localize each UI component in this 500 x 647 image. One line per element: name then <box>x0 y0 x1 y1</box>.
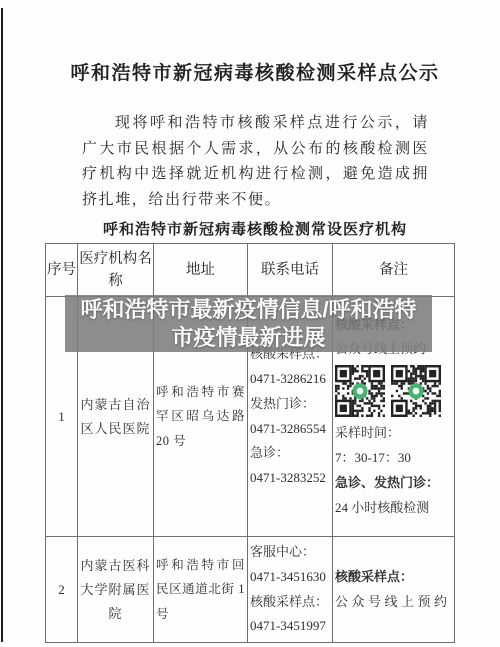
phone-label: 急诊： <box>250 441 330 466</box>
remark-sample-point-label: 核酸采样点： <box>335 565 452 590</box>
watermark-banner: 呼和浩特市最新疫情信息/呼和浩特 市疫情最新进展 <box>65 295 432 352</box>
cell-institution-name: 内蒙古医科大学附属医院 <box>78 537 154 643</box>
col-header-remarks: 备注 <box>333 244 455 297</box>
qr-code-group <box>335 365 452 417</box>
phone-number: 0471-3283252 <box>250 466 330 491</box>
remark-emergency-label: 急诊、发热门诊： <box>335 471 452 496</box>
watermark-line-2: 市疫情最新进展 <box>65 324 432 352</box>
scanned-notice-page: 呼和浩特市新冠病毒核酸检测采样点公示 现将呼和浩特市核酸采样点进行公示，请广大市… <box>0 0 500 647</box>
watermark-line-1: 呼和浩特市最新疫情信息/呼和浩特 <box>65 296 432 324</box>
cell-phones: 客服中心： 0471-3451630 核酸采样点： 0471-3451997 <box>248 537 333 643</box>
col-header-address: 地址 <box>154 244 248 297</box>
page-left-border-line <box>1 8 3 642</box>
remark-sampling-time-value: 7：30-17：30 <box>335 446 452 471</box>
intro-paragraph: 现将呼和浩特市核酸采样点进行公示，请广大市民根据个人需求，从公布的核酸检测医疗机… <box>82 111 429 213</box>
phone-number: 0471-3451630 <box>250 565 330 590</box>
cell-address: 呼和浩特市回民区通道北街 1 号 <box>154 537 248 643</box>
remark-sampling-time-label: 采样时间： <box>335 421 452 446</box>
page-title: 呼和浩特市新冠病毒核酸检测采样点公示 <box>20 58 490 85</box>
phone-number: 0471-3286554 <box>250 417 330 442</box>
table-caption: 呼和浩特市新冠病毒核酸检测常设医疗机构 <box>20 218 490 239</box>
table-header-row: 序号 医疗机构名称 地址 联系电话 备注 <box>46 244 455 297</box>
col-header-serial: 序号 <box>46 244 78 297</box>
remark-emergency-value: 24 小时核酸检测 <box>335 496 452 521</box>
hospital-row-2: 2 内蒙古医科大学附属医院 呼和浩特市回民区通道北街 1 号 客服中心： 047… <box>46 537 455 643</box>
phone-label: 核酸采样点： <box>250 590 330 615</box>
remark-booking: 公众号线上预约 <box>335 590 452 615</box>
phone-label: 客服中心： <box>250 540 330 565</box>
appointment-qr-code-1 <box>335 365 385 417</box>
col-header-phone: 联系电话 <box>248 244 333 297</box>
col-header-institution: 医疗机构名称 <box>78 244 154 297</box>
phone-label: 发热门诊： <box>250 392 330 417</box>
cell-serial: 2 <box>46 537 78 643</box>
phone-number: 0471-3286216 <box>250 367 330 392</box>
phone-number: 0471-3451997 <box>250 614 330 639</box>
appointment-qr-code-2 <box>391 365 441 417</box>
cell-remarks: 核酸采样点： 公众号线上预约 <box>333 537 455 643</box>
